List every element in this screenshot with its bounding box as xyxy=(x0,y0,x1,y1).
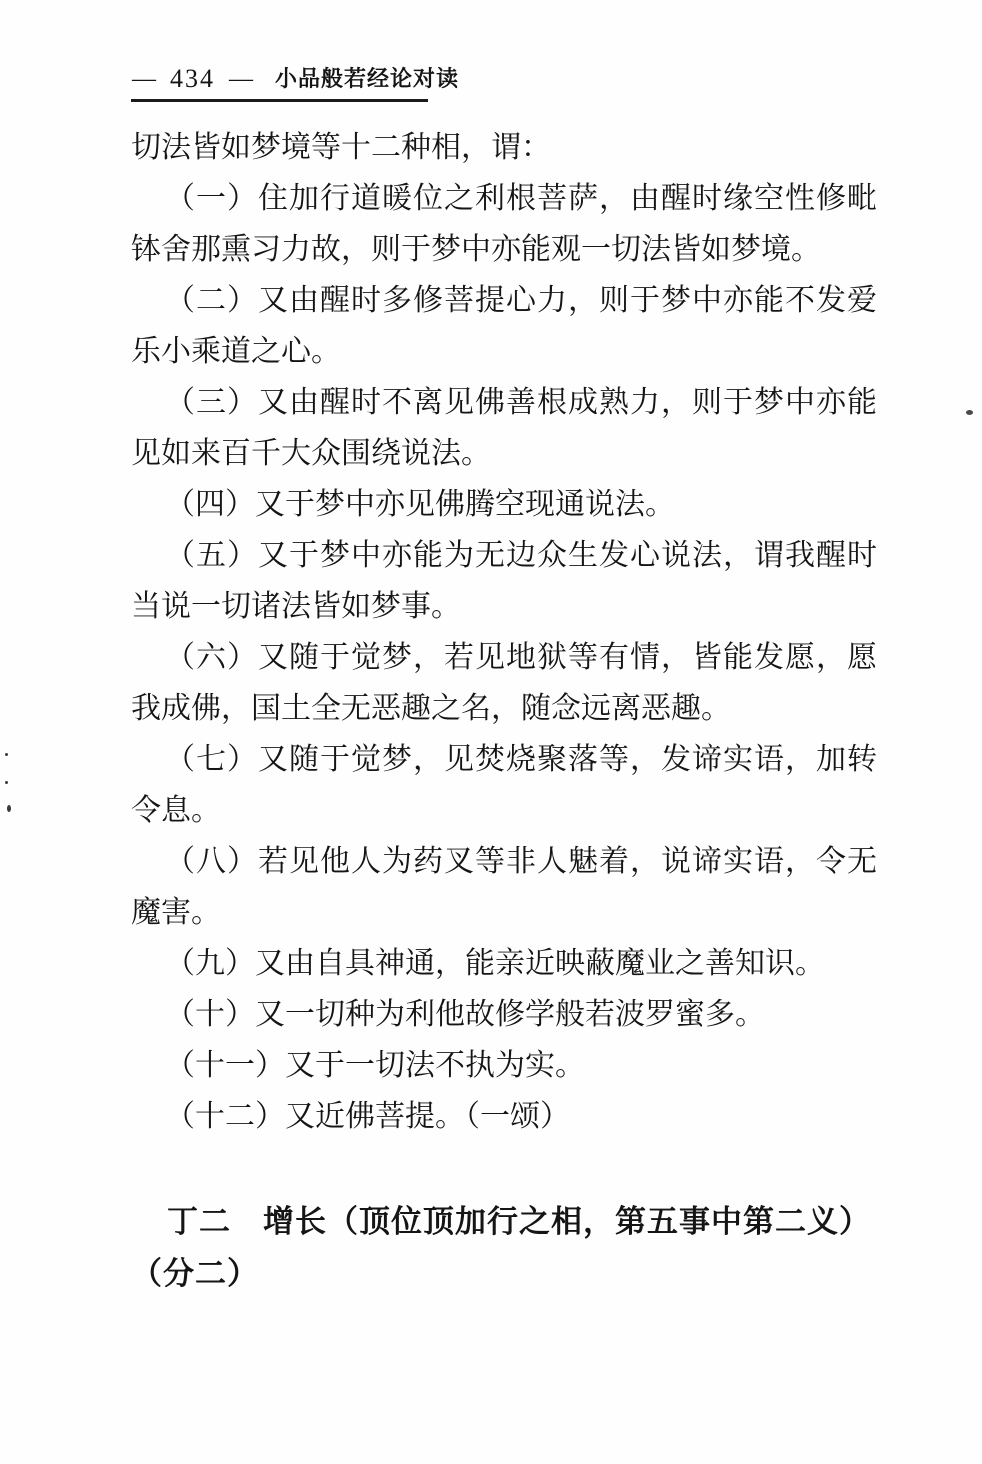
text-line: 魔害。 xyxy=(131,887,877,938)
section-heading: 丁二 增长（顶位顶加行之相，第五事中第二义） （分二） xyxy=(131,1196,881,1300)
paragraph: （十）又一切种为利他故修学般若波罗蜜多。 xyxy=(131,989,877,1040)
text-line: （一）住加行道暖位之利根菩萨，由醒时缘空性修毗 xyxy=(131,173,877,224)
paragraph: （三）又由醒时不离见佛善根成熟力，则于梦中亦能 见如来百千大众围绕说法。 xyxy=(131,377,877,479)
section-heading-line: 丁二 增长（顶位顶加行之相，第五事中第二义） xyxy=(131,1196,881,1248)
text-line: （六）又随于觉梦，若见地狱等有情，皆能发愿，愿 xyxy=(131,632,877,683)
paragraph: （一）住加行道暖位之利根菩萨，由醒时缘空性修毗 钵舍那熏习力故，则于梦中亦能观一… xyxy=(131,173,877,275)
page-number: 434 xyxy=(170,62,215,96)
paragraph: （七）又随于觉梦，见焚烧聚落等，发谛实语，加转 令息。 xyxy=(131,734,877,836)
text-line: 令息。 xyxy=(131,785,877,836)
text-line: （八）若见他人为药叉等非人魅着，说谛实语，令无 xyxy=(131,836,877,887)
text-line: （二）又由醒时多修菩提心力，则于梦中亦能不发爱 xyxy=(131,275,877,326)
text-line: 钵舍那熏习力故，则于梦中亦能观一切法皆如梦境。 xyxy=(131,224,877,275)
page-header: — 434 — 小品般若经论对读 xyxy=(132,62,459,96)
text-line: （七）又随于觉梦，见焚烧聚落等，发谛实语，加转 xyxy=(131,734,877,785)
text-line: （十二）又近佛菩提。（一颂） xyxy=(131,1091,877,1142)
section-heading-line: （分二） xyxy=(131,1248,881,1300)
paragraph: （五）又于梦中亦能为无边众生发心说法，谓我醒时 当说一切诸法皆如梦事。 xyxy=(131,530,877,632)
text-line: 乐小乘道之心。 xyxy=(131,326,877,377)
scan-speck xyxy=(7,805,11,812)
paragraph: （六）又随于觉梦，若见地狱等有情，皆能发愿，愿 我成佛，国土全无恶趣之名，随念远… xyxy=(131,632,877,734)
paragraph: （九）又由自具神通，能亲近映蔽魔业之善知识。 xyxy=(131,938,877,989)
text-line: （四）又于梦中亦见佛腾空现通说法。 xyxy=(131,479,877,530)
text-line: （九）又由自具神通，能亲近映蔽魔业之善知识。 xyxy=(131,938,877,989)
scan-speck xyxy=(5,781,8,784)
paragraph: （十二）又近佛菩提。（一颂） xyxy=(131,1091,877,1142)
header-underline xyxy=(131,99,428,102)
body-text: 切法皆如梦境等十二种相，谓： （一）住加行道暖位之利根菩萨，由醒时缘空性修毗 钵… xyxy=(131,122,877,1142)
text-line: （十一）又于一切法不执为实。 xyxy=(131,1040,877,1091)
page-number-left-dash: — xyxy=(132,62,156,96)
text-line: （五）又于梦中亦能为无边众生发心说法，谓我醒时 xyxy=(131,530,877,581)
text-line: 见如来百千大众围绕说法。 xyxy=(131,428,877,479)
page-number-right-dash: — xyxy=(229,62,253,96)
scan-speck xyxy=(966,410,973,415)
scan-speck xyxy=(5,753,8,756)
paragraph: （十一）又于一切法不执为实。 xyxy=(131,1040,877,1091)
text-line: （十）又一切种为利他故修学般若波罗蜜多。 xyxy=(131,989,877,1040)
text-line: 当说一切诸法皆如梦事。 xyxy=(131,581,877,632)
paragraph: 切法皆如梦境等十二种相，谓： xyxy=(131,122,877,173)
paragraph: （四）又于梦中亦见佛腾空现通说法。 xyxy=(131,479,877,530)
text-line: 我成佛，国土全无恶趣之名，随念远离恶趣。 xyxy=(131,683,877,734)
paragraph: （二）又由醒时多修菩提心力，则于梦中亦能不发爱 乐小乘道之心。 xyxy=(131,275,877,377)
text-line: （三）又由醒时不离见佛善根成熟力，则于梦中亦能 xyxy=(131,377,877,428)
paragraph: （八）若见他人为药叉等非人魅着，说谛实语，令无 魔害。 xyxy=(131,836,877,938)
book-title: 小品般若经论对读 xyxy=(275,62,459,96)
book-page: — 434 — 小品般若经论对读 切法皆如梦境等十二种相，谓： （一）住加行道暖… xyxy=(0,0,982,1464)
text-line: 切法皆如梦境等十二种相，谓： xyxy=(131,122,877,173)
